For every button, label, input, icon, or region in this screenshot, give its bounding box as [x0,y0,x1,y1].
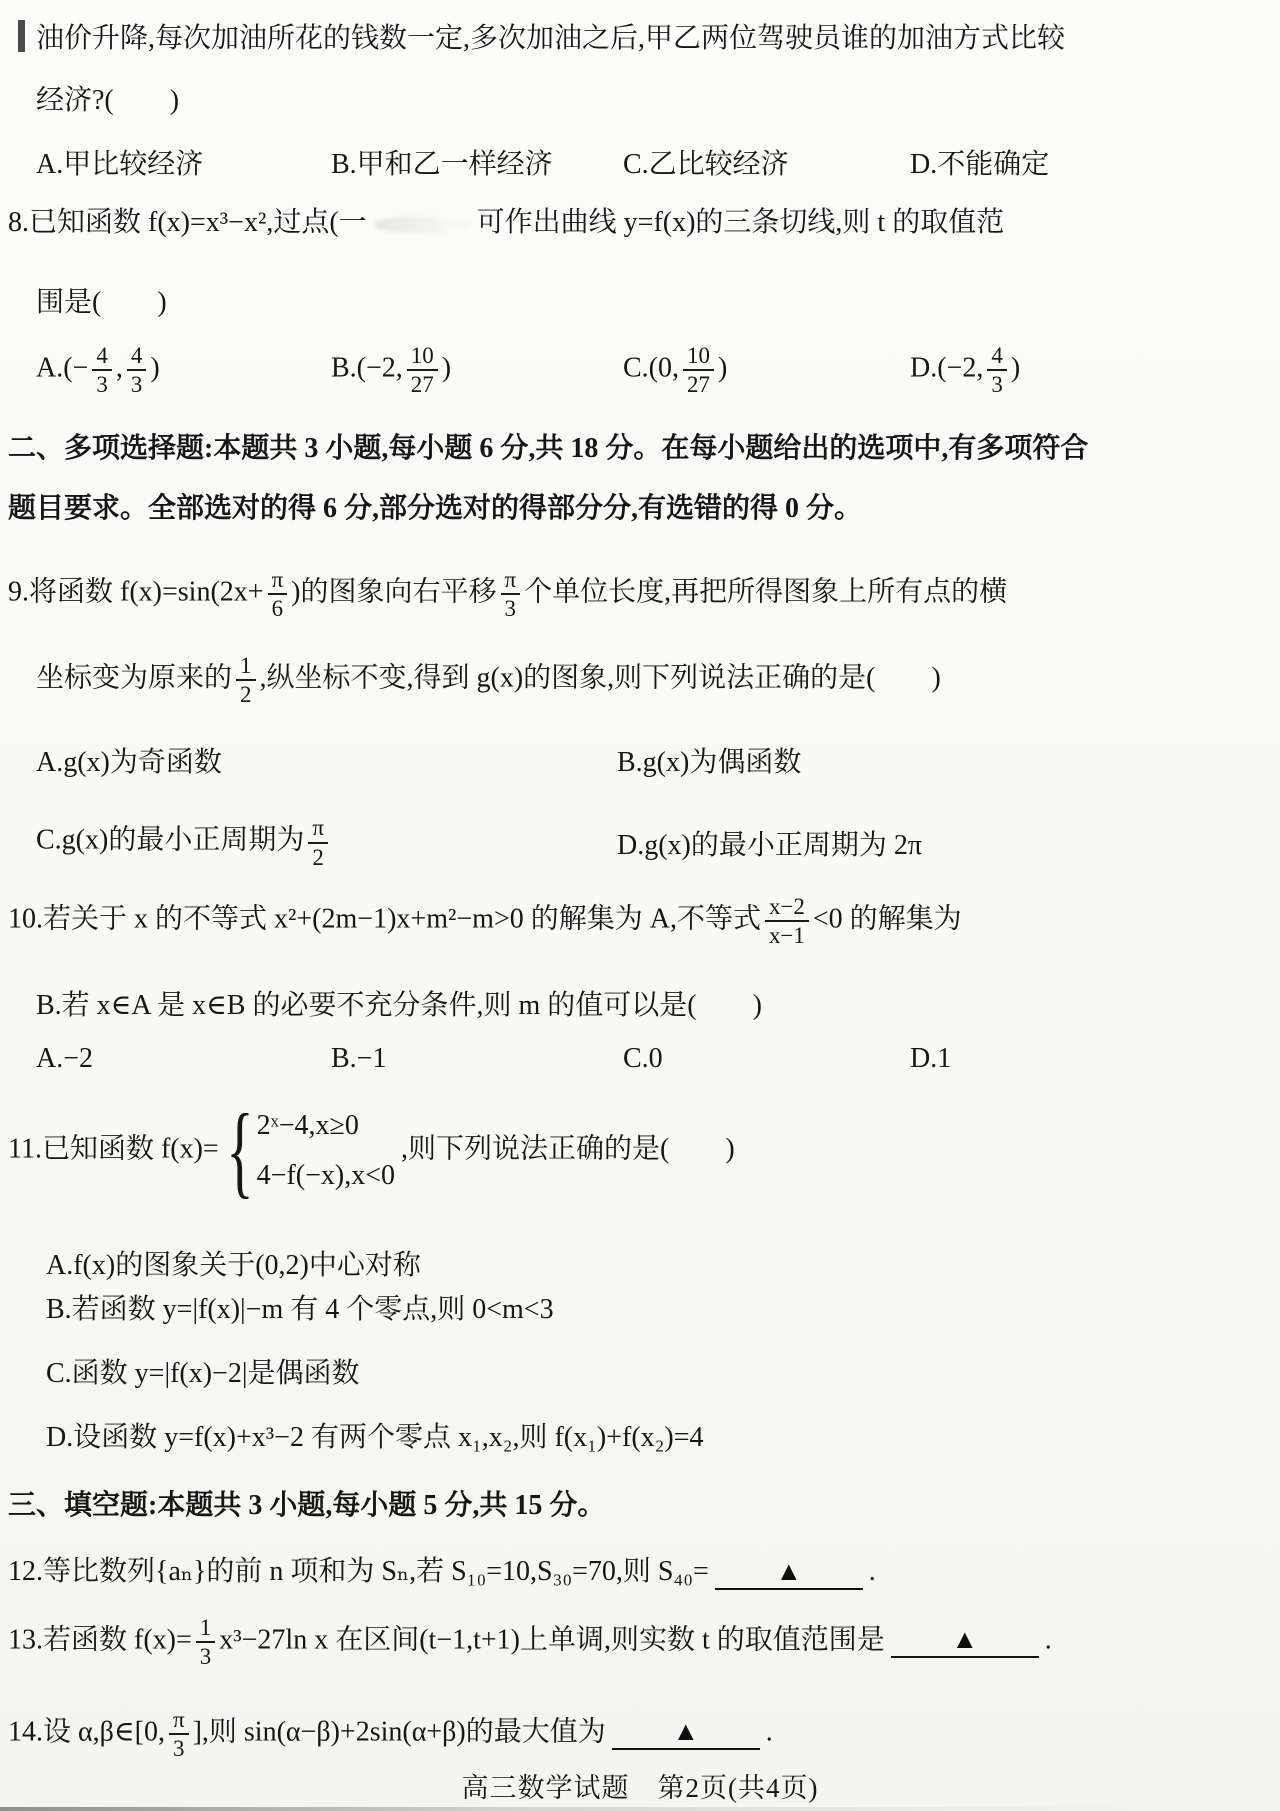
question-7-text-line-1: 油价升降,每次加油所花的钱数一定,多次加油之后,甲乙两位驾驶员谁的加油方式比较 [36,16,1246,56]
question-11-option-b: B.若函数 y=|f(x)|−m 有 4 个零点,则 0<m<3 [36,1287,1246,1327]
question-9-text: ,纵坐标不变,得到 g(x)的图象,则下列说法正确的是( ) [260,663,941,694]
triangle-icon: ▲ [673,1716,699,1746]
answer-blank: ▲ [612,1718,760,1750]
question-7-option-b: B.甲和乙一样经济 [331,142,623,182]
fraction: 43 [987,342,1006,398]
question-9-text: )的图象向右平移 [291,577,496,608]
question-10-options: A.−2 B.−1 C.0 D.1 [36,1043,1246,1075]
fraction: π6 [268,566,288,622]
question-12-text: 12.等比数列{aₙ}的前 n 项和为 Sₙ,若 S₁₀=10,S₃₀=70,则… [8,1549,1246,1590]
question-9-option-c: C.g(x)的最小正周期为π2 [36,814,617,870]
question-9-text: 坐标变为原来的 [36,663,232,694]
question-12-text: 12.等比数列{aₙ}的前 n 项和为 Sₙ,若 S₁₀=10,S₃₀=70,则… [8,1556,709,1587]
fraction-denominator: 2 [308,842,327,871]
question-8-option-a: A.(−43,43) [36,342,331,398]
question-11-option-d: D.设函数 y=f(x)+x³−2 有两个零点 x₁,x₂,则 f(x₁)+f(… [36,1415,1246,1455]
question-9-option-d: D.g(x)的最小正周期为 2π [617,823,1246,863]
fraction-denominator: 27 [683,369,714,398]
question-11-text: ,则下列说法正确的是( ) [401,1133,735,1164]
question-7-text-line-2: 经济?( ) [36,78,1246,118]
fraction: π3 [169,1706,189,1762]
option-text: ) [718,353,727,384]
fraction-numerator: 1 [236,652,255,679]
option-text: B.(−2, [331,353,403,384]
question-12-text-end: . [869,1556,876,1587]
fraction-numerator: 1 [196,1614,215,1641]
fraction: 12 [236,652,255,708]
triangle-icon: ▲ [776,1556,802,1586]
fraction-numerator: π [500,566,520,593]
question-8-option-b: B.(−2,1027) [331,342,623,398]
fraction-denominator: 6 [268,593,287,622]
question-7-option-a: A.甲比较经济 [36,142,331,182]
fraction: π2 [308,814,328,870]
fraction-denominator: 3 [169,1733,188,1762]
question-11-option-c: C.函数 y=|f(x)−2|是偶函数 [36,1351,1246,1391]
fraction-denominator: 3 [92,369,111,398]
section-2-header-line-1: 二、多项选择题:本题共 3 小题,每小题 6 分,共 18 分。在每小题给出的选… [8,426,1246,466]
fraction-numerator: 4 [92,342,111,369]
question-13-text: x³−27ln x 在区间(t−1,t+1)上单调,则实数 t 的取值范围是 [219,1624,885,1655]
option-text: D.(−2, [910,353,983,384]
question-10-text-line-1: 10.若关于 x 的不等式 x²+(2m−1)x+m²−m>0 的解集为 A,不… [8,893,1246,949]
question-13-text-end: . [1045,1624,1052,1655]
question-10-option-c: C.0 [623,1043,910,1075]
cases-brace: { [226,1099,253,1203]
case-1: 2ˣ−4,x≥0 [257,1110,395,1142]
question-14-text: 14.设 α,β∈[0, [8,1716,165,1747]
fraction: 1027 [683,342,714,398]
fraction-denominator: 3 [196,1641,215,1670]
fraction-numerator: π [268,566,288,593]
fraction: π3 [500,566,520,622]
question-9-option-b: B.g(x)为偶函数 [617,740,1246,780]
question-7-option-d: D.不能确定 [910,142,1246,182]
question-13-text: 13.若函数 f(x)=13x³−27ln x 在区间(t−1,t+1)上单调,… [8,1614,1246,1670]
fraction: 43 [127,342,146,398]
option-text: C.(0, [623,353,679,384]
option-text: A.(− [36,353,88,384]
fraction-numerator: x−2 [765,893,809,920]
question-9-text-line-2: 坐标变为原来的12,纵坐标不变,得到 g(x)的图象,则下列说法正确的是( ) [36,652,1246,708]
fraction: 13 [196,1614,215,1670]
question-14-text: 14.设 α,β∈[0,π3],则 sin(α−β)+2sin(α+β)的最大值… [8,1706,1246,1762]
fraction-denominator: 3 [987,369,1006,398]
exam-content: 油价升降,每次加油所花的钱数一定,多次加油之后,甲乙两位驾驶员谁的加油方式比较 … [0,0,1280,1762]
answer-blank: ▲ [891,1626,1039,1658]
question-14-text: ],则 sin(α−β)+2sin(α+β)的最大值为 [193,1716,606,1747]
case-2: 4−f(−x),x<0 [257,1160,395,1192]
question-8-text-b: 可作出曲线 y=f(x)的三条切线,则 t 的取值范 [477,207,1005,238]
fraction-numerator: 4 [127,342,146,369]
fraction: 1027 [407,342,438,398]
question-10-option-a: A.−2 [36,1043,331,1075]
question-8-option-c: C.(0,1027) [623,342,910,398]
question-7-option-c: C.乙比较经济 [623,142,910,182]
option-text: C.g(x)的最小正周期为 [36,825,304,856]
fraction-numerator: 4 [987,342,1006,369]
scan-edge-artifact [18,20,25,52]
page-footer: 高三数学试题 第2页(共4页) [0,1766,1280,1805]
question-8-options: A.(−43,43) B.(−2,1027) C.(0,1027) D.(−2,… [36,342,1246,398]
question-9-text-line-1: 9.将函数 f(x)=sin(2x+π6)的图象向右平移π3个单位长度,再把所得… [8,566,1246,622]
question-7-options: A.甲比较经济 B.甲和乙一样经济 C.乙比较经济 D.不能确定 [36,142,1246,182]
fraction: 43 [92,342,111,398]
option-text: , [116,353,123,384]
option-text: ) [1011,353,1020,384]
section-2-header-line-2: 题目要求。全部选对的得 6 分,部分选对的得部分分,有选错的得 0 分。 [8,486,1246,526]
fraction-numerator: π [169,1706,189,1733]
triangle-icon: ▲ [952,1624,978,1654]
section-3-header: 三、填空题:本题共 3 小题,每小题 5 分,共 15 分。 [8,1483,1246,1523]
fraction: x−2x−1 [765,893,809,949]
question-13-text: 13.若函数 f(x)= [8,1624,192,1655]
question-14-text-end: . [766,1716,773,1747]
fraction-denominator: 3 [501,593,520,622]
question-10-option-d: D.1 [910,1043,1246,1075]
question-9-options-row-2: C.g(x)的最小正周期为π2 D.g(x)的最小正周期为 2π [36,814,1246,870]
fraction-numerator: 10 [683,342,714,369]
question-9-text: 9.将函数 f(x)=sin(2x+ [8,577,264,608]
question-8-option-d: D.(−2,43) [910,342,1246,398]
question-8-text-a: 8.已知函数 f(x)=x³−x²,过点(一 [8,207,367,238]
fraction-denominator: 27 [407,369,438,398]
fraction-numerator: π [308,814,328,841]
question-11-text: 11.已知函数 f(x)= [8,1133,219,1164]
question-9-option-a: A.g(x)为奇函数 [36,740,617,780]
question-10-text: <0 的解集为 [813,903,962,934]
exam-page: 油价升降,每次加油所花的钱数一定,多次加油之后,甲乙两位驾驶员谁的加油方式比较 … [0,0,1280,1811]
option-text: ) [150,353,159,384]
question-11-text-line-1: 11.已知函数 f(x)={2ˣ−4,x≥04−f(−x),x<0,则下列说法正… [8,1099,1246,1203]
fraction-denominator: 2 [236,679,255,708]
scan-bottom-edge [0,1807,1280,1811]
question-10-option-b: B.−1 [331,1043,623,1075]
fraction-denominator: 3 [127,369,146,398]
question-9-text: 个单位长度,再把所得图象上所有点的横 [524,577,1007,608]
cases-column: 2ˣ−4,x≥04−f(−x),x<0 [257,1110,395,1192]
option-text: ) [442,353,451,384]
question-10-text-line-2: B.若 x∈A 是 x∈B 的必要不充分条件,则 m 的值可以是( ) [36,983,1246,1023]
fraction-denominator: x−1 [765,920,809,949]
question-8-text-line-1: 8.已知函数 f(x)=x³−x²,过点(一 可作出曲线 y=f(x)的三条切线… [8,200,1246,240]
question-8-text-line-2: 围是( ) [36,280,1246,320]
question-10-text: 10.若关于 x 的不等式 x²+(2m−1)x+m²−m>0 的解集为 A,不… [8,903,761,934]
fraction-numerator: 10 [407,342,438,369]
answer-blank: ▲ [715,1558,863,1590]
question-9-options-row-1: A.g(x)为奇函数 B.g(x)为偶函数 [36,740,1246,780]
question-11-option-a: A.f(x)的图象关于(0,2)中心对称 [36,1243,1246,1283]
scan-smudge [374,217,470,233]
piecewise-cases: {2ˣ−4,x≥04−f(−x),x<0 [225,1099,395,1203]
